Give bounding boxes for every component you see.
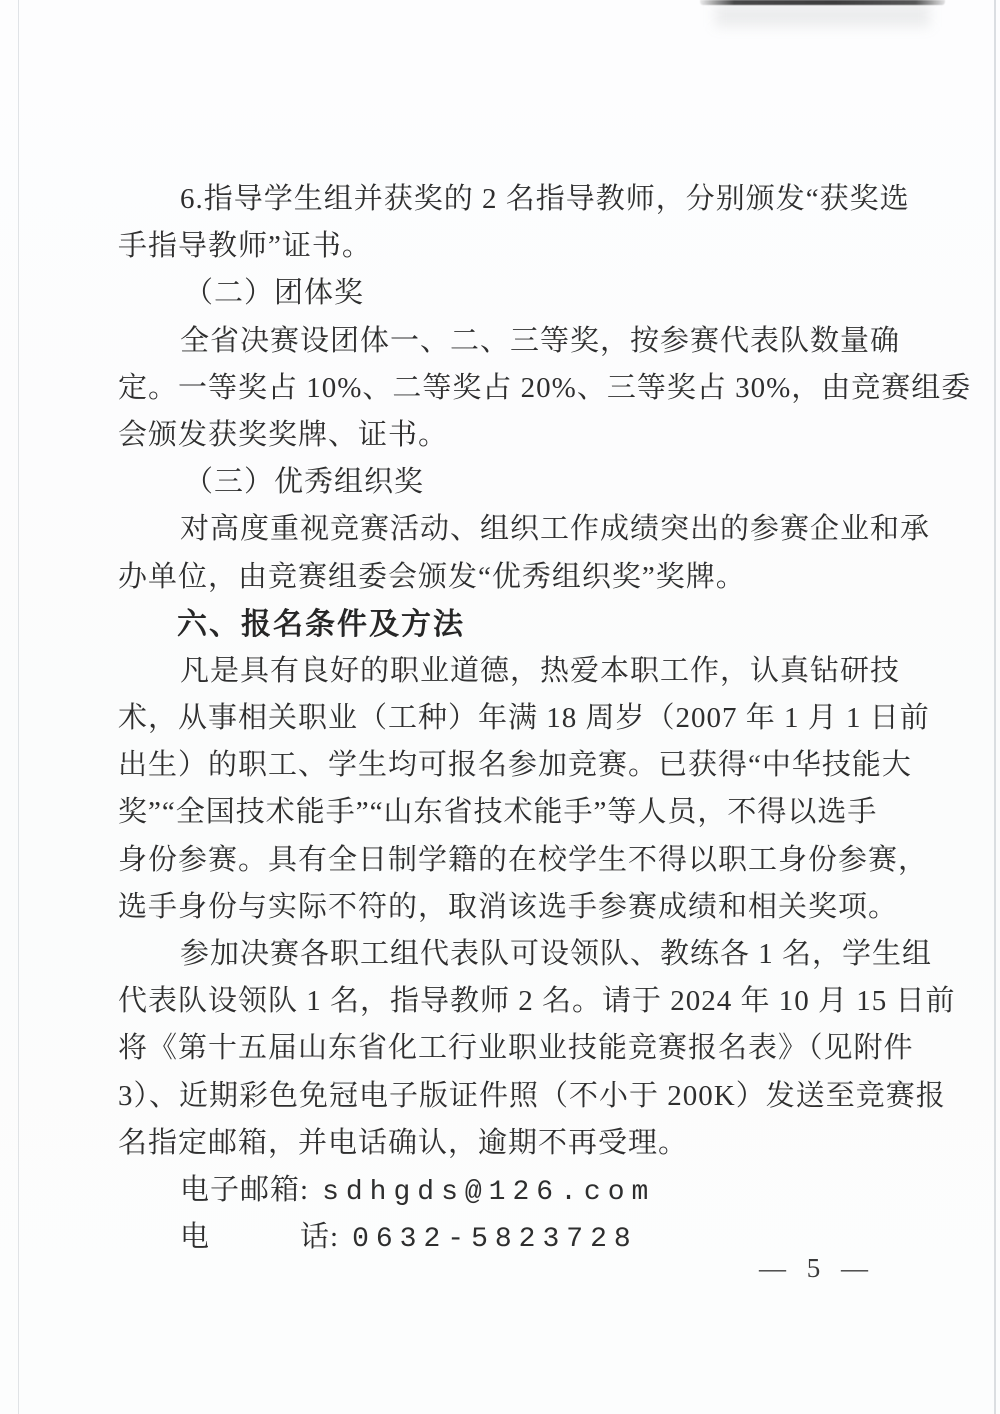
text-line: 凡是具有良好的职业道德，热爱本职工作，认真钻研技 [118, 648, 884, 695]
text-line: 办单位，由竞赛组委会颁发“优秀组织奖”奖牌。 [118, 554, 884, 601]
page-number: — 5 — [759, 1253, 870, 1284]
text-line: 参加决赛各职工组代表队可设领队、教练各 1 名，学生组 [118, 931, 884, 978]
scan-artifact-haze [715, 3, 930, 27]
text-line: 3）、近期彩色免冠电子版证件照（不小于 200K）发送至竞赛报 [118, 1073, 884, 1120]
subheading-team-award: （二）团体奖 [118, 270, 884, 317]
text-line: 会颁发获奖奖牌、证书。 [118, 412, 884, 459]
text-line: 代表队设领队 1 名，指导教师 2 名。请于 2024 年 10 月 15 日前 [118, 978, 884, 1025]
phone-number: 0632-5823728 [352, 1224, 638, 1255]
text-line: 身份参赛。具有全日制学籍的在校学生不得以职工身份参赛， [118, 837, 884, 884]
scanned-document-page: 6.指导学生组并获奖的 2 名指导教师，分别颁发“获奖选 手指导教师”证书。 （… [0, 0, 1000, 1414]
text-line: 奖”“全国技术能手”“山东省技术能手”等人员，不得以选手 [118, 789, 884, 836]
text-line: 术，从事相关职业（工种）年满 18 周岁（2007 年 1 月 1 日前 [118, 695, 884, 742]
text-line: 对高度重视竞赛活动、组织工作成绩突出的参赛企业和承 [118, 506, 884, 553]
text-line: 出生）的职工、学生均可报名参加竞赛。已获得“中华技能大 [118, 742, 884, 789]
text-line: 定。一等奖占 10%、二等奖占 20%、三等奖占 30%，由竞赛组委 [118, 365, 884, 412]
text-line: 名指定邮箱，并电话确认，逾期不再受理。 [118, 1120, 884, 1167]
phone-label: 电 话: [180, 1221, 339, 1253]
heading-registration-requirements: 六、报名条件及方法 [118, 601, 884, 648]
email-label: 电子邮箱: [180, 1174, 309, 1206]
email-line: 电子邮箱:sdhgds@126.com [118, 1167, 884, 1214]
text-line: 将《第十五届山东省化工行业职业技能竞赛报名表》（见附件 [118, 1025, 884, 1072]
text-line: 6.指导学生组并获奖的 2 名指导教师，分别颁发“获奖选 [118, 176, 884, 223]
document-body: 6.指导学生组并获奖的 2 名指导教师，分别颁发“获奖选 手指导教师”证书。 （… [118, 176, 884, 1261]
text-line: 全省决赛设团体一、二、三等奖，按参赛代表队数量确 [118, 318, 884, 365]
scan-edge-left [18, 0, 19, 1414]
text-line: 选手身份与实际不符的，取消该选手参赛成绩和相关奖项。 [118, 884, 884, 931]
scan-edge-right [994, 0, 996, 1414]
text-line: 手指导教师”证书。 [118, 223, 884, 270]
subheading-organization-award: （三）优秀组织奖 [118, 459, 884, 506]
email-address: sdhgds@126.com [322, 1177, 655, 1208]
